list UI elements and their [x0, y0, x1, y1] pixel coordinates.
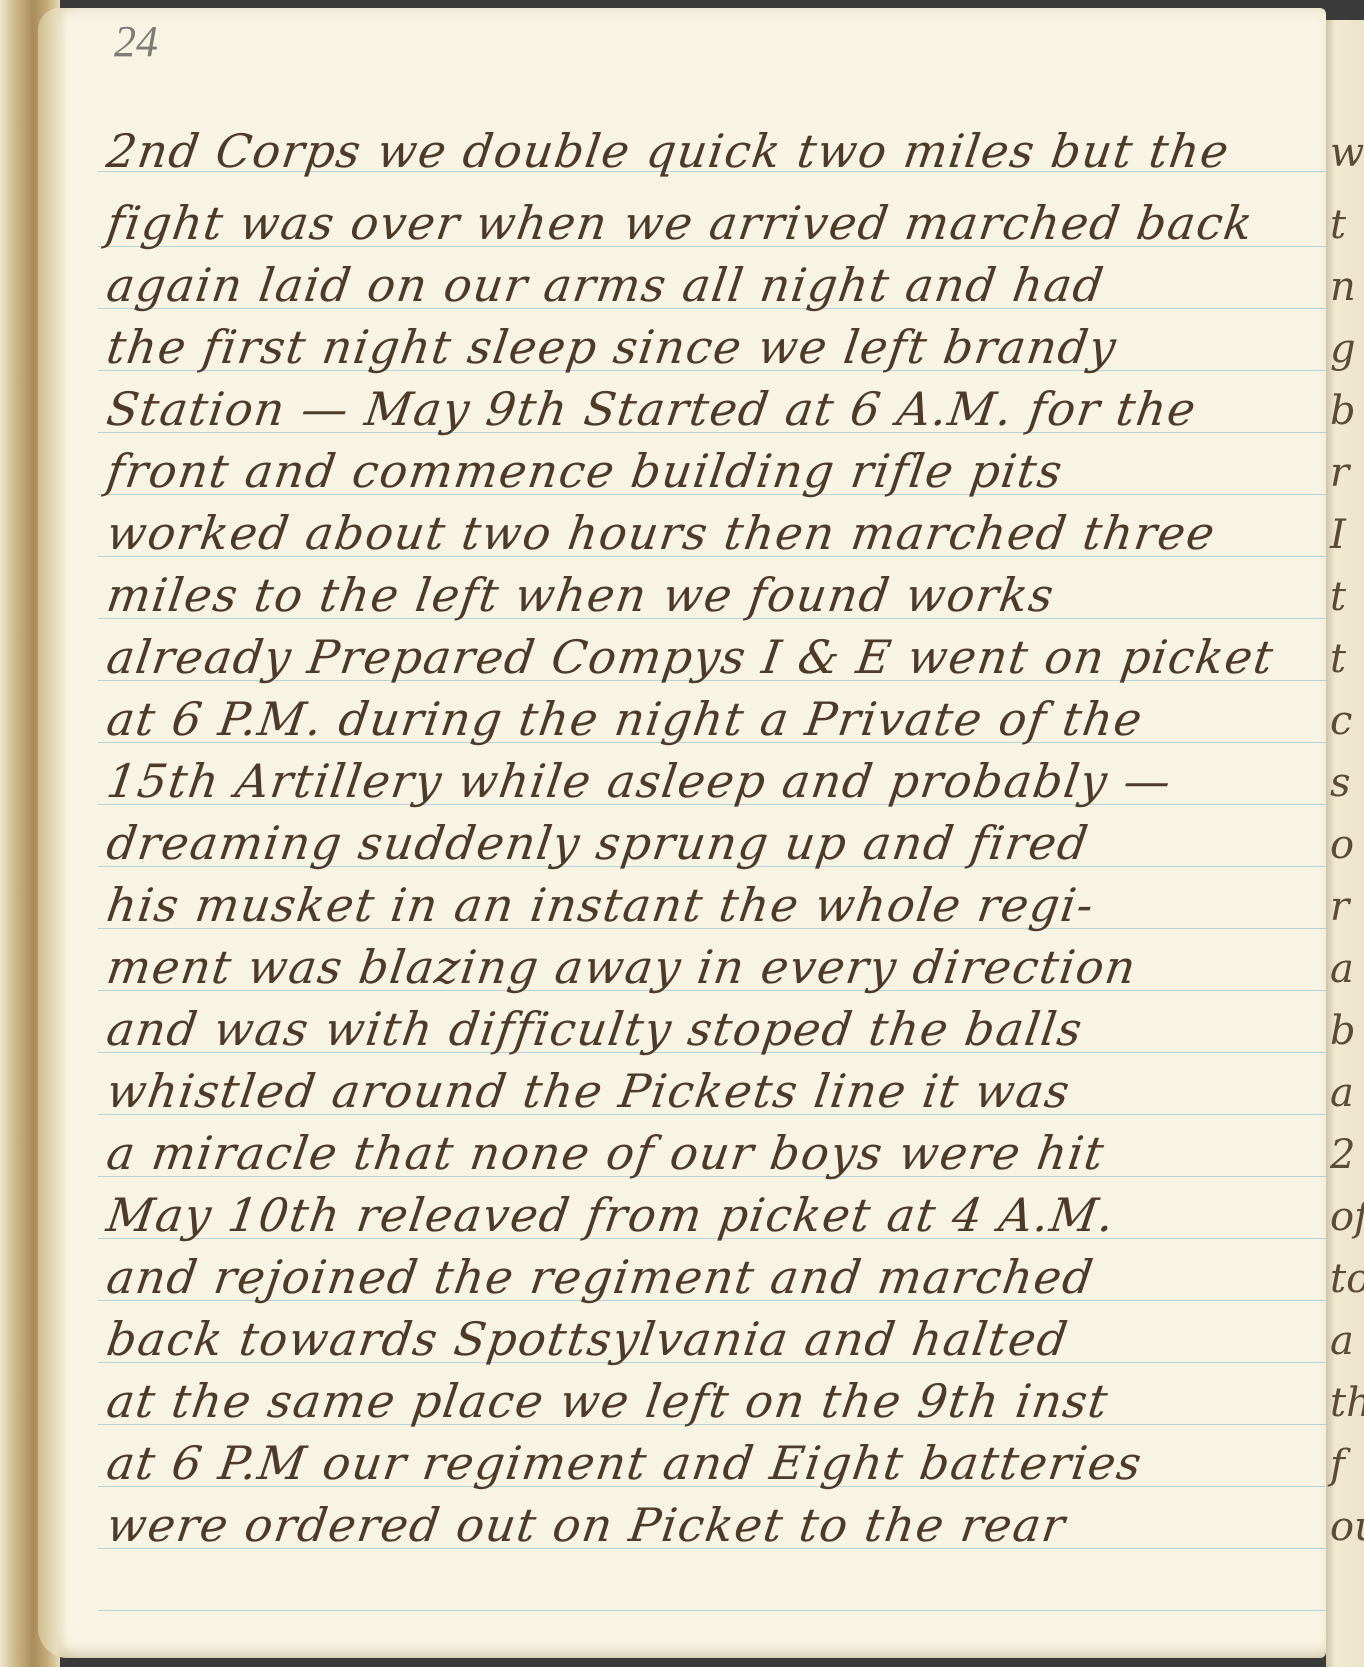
next-page-fragment: of [1330, 1194, 1364, 1240]
text-line: whistled around the Pickets line it was [104, 1068, 1310, 1114]
page-gutter-shadow [38, 8, 68, 1658]
text-line: at 6 P.M our regiment and Eight batterie… [104, 1440, 1310, 1486]
next-page-fragment: t [1330, 636, 1346, 682]
ruled-line [98, 1610, 1326, 1611]
text-line: were ordered out on Picket to the rear [104, 1502, 1310, 1548]
next-page-fragment: I [1330, 512, 1346, 558]
text-line: fight was over when we arrived marched b… [104, 200, 1310, 246]
page-number: 24 [114, 16, 158, 67]
next-page-fragment: t [1330, 202, 1346, 248]
text-line: again laid on our arms all night and had [104, 262, 1310, 308]
text-line: 15th Artillery while asleep and probably… [104, 758, 1310, 804]
next-page-edge: w t n g b r I t t c s o r a b a 2 of to … [1326, 20, 1364, 1667]
text-line: his musket in an instant the whole regi- [104, 882, 1310, 928]
next-page-fragment: a [1330, 1070, 1354, 1116]
next-page-fragment: b [1330, 1008, 1356, 1054]
next-page-fragment: s [1330, 760, 1351, 806]
next-page-fragment: n [1330, 264, 1356, 310]
text-line: a miracle that none of our boys were hit [104, 1130, 1310, 1176]
next-page-fragment: th [1330, 1380, 1364, 1426]
text-line: and was with difficulty stoped the balls [104, 1006, 1310, 1052]
next-page-fragment: 2 [1330, 1132, 1355, 1178]
text-line: already Prepared Compys I & E went on pi… [104, 634, 1310, 680]
next-page-fragment: ou [1330, 1504, 1364, 1550]
next-page-fragment: o [1330, 822, 1354, 868]
text-line: Station — May 9th Started at 6 A.M. for … [104, 386, 1310, 432]
text-line: ment was blazing away in every direction [104, 944, 1310, 990]
text-line: dreaming suddenly sprung up and fired [104, 820, 1310, 866]
next-page-fragment: r [1330, 450, 1349, 496]
next-page-fragment: a [1330, 946, 1354, 992]
next-page-fragment: g [1330, 326, 1356, 372]
text-line: 2nd Corps we double quick two miles but … [104, 128, 1310, 174]
next-page-fragment: w [1330, 130, 1364, 176]
text-line: miles to the left when we found works [104, 572, 1310, 618]
next-page-fragment: f [1330, 1442, 1345, 1488]
text-line: at the same place we left on the 9th ins… [104, 1378, 1310, 1424]
text-line: May 10th releaved from picket at 4 A.M. [104, 1192, 1310, 1238]
diary-page: 24 2nd Corps we double quick two miles b… [38, 8, 1326, 1658]
text-line: and rejoined the regiment and marched [104, 1254, 1310, 1300]
text-line: at 6 P.M. during the night a Private of … [104, 696, 1310, 742]
next-page-fragment: t [1330, 574, 1346, 620]
text-line: back towards Spottsylvania and halted [104, 1316, 1310, 1362]
next-page-fragment: c [1330, 698, 1352, 744]
text-line: front and commence building rifle pits [104, 448, 1310, 494]
next-page-fragment: to [1330, 1256, 1364, 1302]
next-page-fragment: a [1330, 1318, 1354, 1364]
next-page-fragment: b [1330, 388, 1356, 434]
text-line: the first night sleep since we left bran… [104, 324, 1310, 370]
text-line: worked about two hours then marched thre… [104, 510, 1310, 556]
next-page-fragment: r [1330, 884, 1349, 930]
